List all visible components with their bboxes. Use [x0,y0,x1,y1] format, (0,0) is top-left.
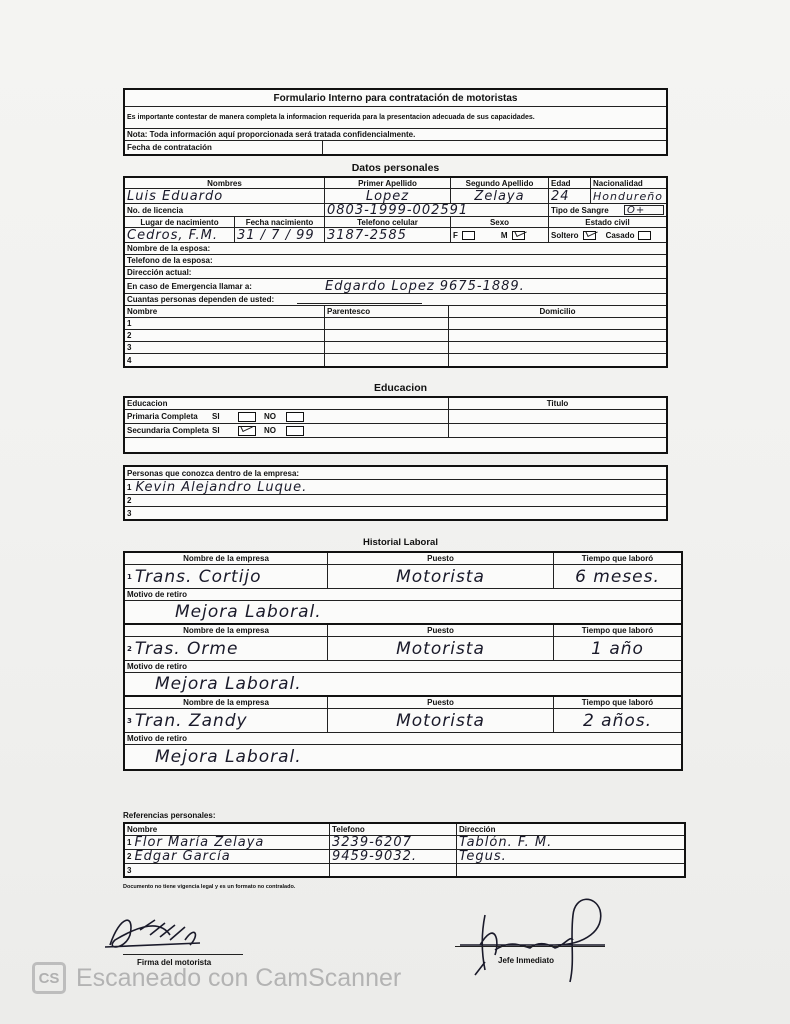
ref-telefono-3[interactable] [330,864,457,876]
ref-telefono-2[interactable]: 9459-9032. [330,850,457,863]
reference-row: 2 Edgar García 9459-9032. Tegus. [125,850,684,864]
header-primer-apellido: Primer Apellido [325,178,451,188]
header-puesto: Puesto [328,625,554,636]
soltero-checkbox[interactable] [583,231,596,240]
dep-header-nombre: Nombre [125,306,325,317]
puesto-field-2[interactable]: Motorista [328,637,554,660]
header-tiempo: Tiempo que laboró [554,625,681,636]
hire-date-field[interactable] [323,141,666,154]
header-titulo: Titulo [449,398,666,409]
header-telefono: Telefono celular [325,217,451,227]
ref-nombre-1[interactable]: 1 Flor María Zelaya [125,836,330,849]
dependientes-field[interactable] [297,296,422,304]
dependiente-row: 1 [125,318,666,330]
dep-domicilio-3[interactable] [449,342,666,353]
edad-field[interactable]: 24 [549,189,591,203]
motivo-label-row: Motivo de retiro [125,661,681,673]
work-entry-row: 3 Tran. Zandy Motorista 2 años. [125,709,681,733]
camscanner-watermark: CS Escaneado con CamScanner [32,962,401,994]
direccion-row: Dirección actual: [125,267,666,279]
entry-number: 2 [127,645,133,653]
estado-civil-cell: Soltero Casado [549,228,666,242]
watermark-text: Escaneado con CamScanner [76,964,401,993]
secundaria-si-label: SI [212,426,234,435]
empresa-value: Tran. Zandy [135,711,248,731]
personal-data-table: Nombres Primer Apellido Segundo Apellido… [123,176,668,368]
contact-value: Kevin Alejandro Luque. [135,480,307,494]
work-entry-row: 2 Tras. Orme Motorista 1 año [125,637,681,661]
emergencia-row: En caso de Emergencia llamar a: Edgardo … [125,279,666,294]
motivo-label: Motivo de retiro [125,589,681,600]
dep-domicilio-1[interactable] [449,318,666,329]
tiempo-field-3[interactable]: 2 años. [554,709,681,732]
ref-direccion-1[interactable]: Tablón. F. M. [457,836,684,849]
primaria-titulo-field[interactable] [449,410,666,423]
work-entry-row: 1 Trans. Cortijo Motorista 6 meses. [125,565,681,589]
motorista-signature-line [123,954,243,955]
empresa-field-2[interactable]: 2 Tras. Orme [125,637,328,660]
contact-number: 1 [127,483,131,492]
nombres-field[interactable]: Luis Eduardo [125,189,325,203]
jefe-inmediato-label: Jefe Inmediato [498,956,554,965]
header-segundo-apellido: Segundo Apellido [451,178,549,188]
motivo-row: Mejora Laboral. [125,673,681,697]
tipo-sangre-label: Tipo de Sangre [549,204,622,216]
ref-nombre-value: Flor María Zelaya [134,836,264,849]
dep-header-parentesco: Parentesco [325,306,449,317]
primaria-si-checkbox[interactable] [238,412,256,422]
empresa-value: Tras. Orme [135,639,239,659]
ref-number: 3 [127,866,131,875]
ref-direccion-3[interactable] [457,864,684,876]
licencia-label: No. de licencia [125,204,325,216]
soltero-label: Soltero [551,231,579,240]
contacts-header-row: Personas que conozca dentro de la empres… [125,467,666,480]
esposa-nombre-row: Nombre de la esposa: [125,243,666,255]
entry-number: 1 [127,573,133,581]
header-empresa: Nombre de la empresa [125,697,328,708]
note-row: Nota: Toda información aquí proporcionad… [125,129,666,141]
note-text: Nota: Toda información aquí proporcionad… [125,129,415,140]
contacts-table: Personas que conozca dentro de la empres… [123,465,668,521]
entry-number: 3 [127,717,133,725]
jefe-signature [455,890,615,985]
motivo-row: Mejora Laboral. [125,601,681,625]
form-title: Formulario Interno para contratación de … [125,90,666,107]
dependiente-row: 4 [125,354,666,366]
work-history-table: Nombre de la empresa Puesto Tiempo que l… [123,551,683,771]
education-blank-row [125,438,666,452]
form-title-text: Formulario Interno para contratación de … [274,93,518,104]
contact-number: 2 [127,496,131,505]
dependiente-row: 3 [125,342,666,354]
personal-header-row: Nombres Primer Apellido Segundo Apellido… [125,178,666,189]
dependientes-row: Cuantas personas dependen de usted: [125,294,666,306]
licencia-field[interactable]: 0803-1999-002591 [325,204,549,216]
header-empresa: Nombre de la empresa [125,625,328,636]
dep-nombre-1[interactable]: 1 [125,318,325,329]
lugar-nacimiento-field[interactable]: Cedros, F.M. [125,228,235,242]
motivo-label: Motivo de retiro [125,661,681,672]
puesto-field-1[interactable]: Motorista [328,565,554,588]
primaria-cell: Primaria Completa SI NO [125,410,449,423]
tiempo-field-2[interactable]: 1 año [554,637,681,660]
dependientes-header-row: Nombre Parentesco Domicilio [125,306,666,318]
dep-domicilio-2[interactable] [449,330,666,341]
education-table: Educacion Titulo Primaria Completa SI NO… [123,396,668,454]
scanned-page: Formulario Interno para contratación de … [0,0,790,1024]
contact-number: 3 [127,509,131,518]
contact-cell-3[interactable]: 3 [125,507,666,519]
empresa-field-1[interactable]: 1 Trans. Cortijo [125,565,328,588]
secundaria-cell: Secundaria Completa SI NO [125,424,449,437]
dependiente-row: 2 [125,330,666,342]
secundaria-si-checkbox[interactable] [238,426,256,436]
sexo-cell: F M [451,228,549,242]
ref-nombre-value: Edgar García [134,850,230,863]
sexo-f-checkbox[interactable] [462,231,475,240]
header-educacion: Educacion [125,398,449,409]
ref-number: 2 [127,852,131,861]
esposa-telefono-row: Telefono de la esposa: [125,255,666,267]
header-sexo: Sexo [451,217,549,227]
fecha-nacimiento-field[interactable]: 31 / 7 / 99 [235,228,325,242]
secundaria-no-label: NO [264,426,276,435]
section-title-work-history: Historial Laboral [128,537,673,548]
section-title-education: Educacion [128,382,673,394]
dep-nombre-2[interactable]: 2 [125,330,325,341]
instructions-text: Es importante contestar de manera comple… [125,107,535,128]
ref-number: 1 [127,838,131,847]
reference-row: 3 [125,864,684,876]
motivo-field-1[interactable]: Mejora Laboral. [125,601,681,623]
licencia-row: No. de licencia 0803-1999-002591 Tipo de… [125,204,666,217]
hire-date-row: Fecha de contratación [125,141,666,154]
nacionalidad-field[interactable]: Hondureño [591,189,666,203]
contact-row: 2 [125,495,666,507]
tipo-sangre-field[interactable]: O+ [624,205,664,215]
form-header: Formulario Interno para contratación de … [123,88,668,156]
motivo-row: Mejora Laboral. [125,745,681,769]
motivo-label-row: Motivo de retiro [125,589,681,601]
contacts-label: Personas que conozca dentro de la empres… [125,467,666,479]
casado-label: Casado [606,231,635,240]
sexo-f-label: F [453,231,458,240]
work-header-row: Nombre de la empresa Puesto Tiempo que l… [125,553,681,565]
ref-direccion-2[interactable]: Tegus. [457,850,684,863]
references-table: Nombre Telefono Dirección 1 Flor María Z… [123,822,686,878]
dep-parentesco-1[interactable] [325,318,449,329]
header-lugar-nacimiento: Lugar de nacimiento [125,217,235,227]
direccion-label[interactable]: Dirección actual: [125,267,666,278]
dep-header-domicilio: Domicilio [449,306,666,317]
tiempo-field-1[interactable]: 6 meses. [554,565,681,588]
motivo-label: Motivo de retiro [125,733,681,744]
contact-row: 1 Kevin Alejandro Luque. [125,480,666,495]
work-header-row: Nombre de la empresa Puesto Tiempo que l… [125,625,681,637]
reference-row: 1 Flor María Zelaya 3239-6207 Tablón. F.… [125,836,684,850]
header-nacionalidad: Nacionalidad [591,178,666,188]
education-blank-field[interactable] [125,438,666,452]
primaria-label: Primaria Completa [127,412,212,421]
hire-date-label: Fecha de contratación [125,141,323,154]
empresa-value: Trans. Cortijo [135,567,262,587]
ref-header-telefono: Telefono [330,824,457,835]
motivo-label-row: Motivo de retiro [125,733,681,745]
header-fecha-nacimiento: Fecha nacimiento [235,217,325,227]
camscanner-logo-icon: CS [32,962,66,994]
emergencia-label: En caso de Emergencia llamar a: [125,279,323,293]
dep-parentesco-4[interactable] [325,354,449,366]
ref-header-nombre: Nombre [125,824,330,835]
motorista-signature [100,905,210,955]
primaria-si-label: SI [212,412,234,421]
primer-apellido-field[interactable]: Lopez [325,189,451,203]
esposa-nombre-label[interactable]: Nombre de la esposa: [125,243,666,254]
header-edad: Edad [549,178,591,188]
header-nombres: Nombres [125,178,325,188]
instructions-row: Es importante contestar de manera comple… [125,107,666,129]
jefe-signature-line [455,946,605,947]
dep-parentesco-2[interactable] [325,330,449,341]
motivo-field-2[interactable]: Mejora Laboral. [125,673,681,695]
header-puesto: Puesto [328,553,554,564]
personal-header-row-2: Lugar de nacimiento Fecha nacimiento Tel… [125,217,666,228]
disclaimer-text: Documento no tiene vigencia legal y es u… [123,884,295,890]
esposa-telefono-label[interactable]: Telefono de la esposa: [125,255,666,266]
sexo-m-label: M [501,231,508,240]
secundaria-no-checkbox[interactable] [286,426,304,436]
secundaria-row: Secundaria Completa SI NO [125,424,666,438]
references-header-row: Nombre Telefono Dirección [125,824,684,836]
primaria-row: Primaria Completa SI NO [125,410,666,424]
header-empresa: Nombre de la empresa [125,553,328,564]
references-label: Referencias personales: [123,811,216,820]
contact-cell-1[interactable]: 1 Kevin Alejandro Luque. [125,480,666,494]
motivo-field-3[interactable]: Mejora Laboral. [125,745,681,769]
ref-header-direccion: Dirección [457,824,684,835]
ref-nombre-2[interactable]: 2 Edgar García [125,850,330,863]
section-title-personal: Datos personales [123,162,668,174]
segundo-apellido-field[interactable]: Zelaya [451,189,549,203]
primaria-no-checkbox[interactable] [286,412,304,422]
contact-row: 3 [125,507,666,519]
personal-values-row: Luis Eduardo Lopez Zelaya 24 Hondureño [125,189,666,204]
dep-parentesco-3[interactable] [325,342,449,353]
dependientes-label: Cuantas personas dependen de usted: [125,294,297,305]
header-tiempo: Tiempo que laboró [554,697,681,708]
header-puesto: Puesto [328,697,554,708]
dep-nombre-4[interactable]: 4 [125,354,325,366]
puesto-field-3[interactable]: Motorista [328,709,554,732]
empresa-field-3[interactable]: 3 Tran. Zandy [125,709,328,732]
education-header-row: Educacion Titulo [125,398,666,410]
primaria-no-label: NO [264,412,276,421]
secundaria-titulo-field[interactable] [449,424,666,437]
sexo-m-checkbox[interactable] [512,231,525,240]
header-tiempo: Tiempo que laboró [554,553,681,564]
telefono-field[interactable]: 3187-2585 [325,228,451,242]
dep-nombre-3[interactable]: 3 [125,342,325,353]
dep-domicilio-4[interactable] [449,354,666,366]
header-estado-civil: Estado civil [549,217,666,227]
ref-telefono-1[interactable]: 3239-6207 [330,836,457,849]
ref-nombre-3[interactable]: 3 [125,864,330,876]
personal-values-row-2: Cedros, F.M. 31 / 7 / 99 3187-2585 F M S… [125,228,666,243]
work-header-row: Nombre de la empresa Puesto Tiempo que l… [125,697,681,709]
emergencia-field[interactable]: Edgardo Lopez 9675-1889. [323,279,666,293]
contact-cell-2[interactable]: 2 [125,495,666,506]
casado-checkbox[interactable] [638,231,651,240]
